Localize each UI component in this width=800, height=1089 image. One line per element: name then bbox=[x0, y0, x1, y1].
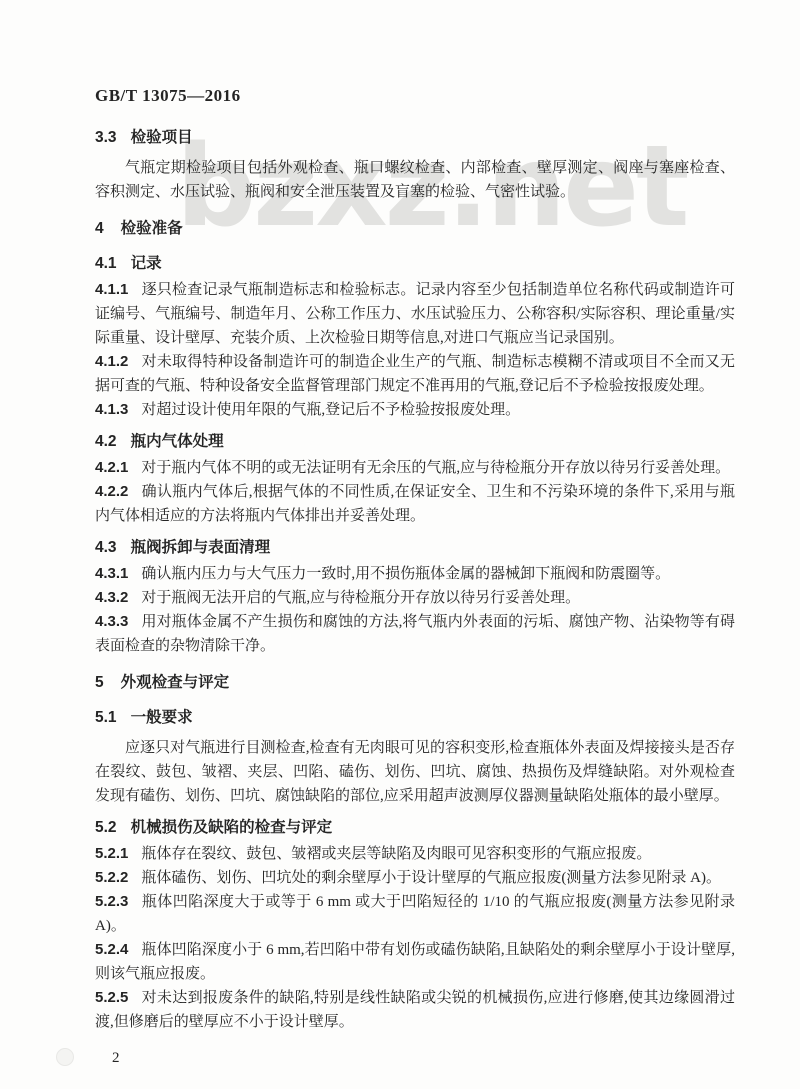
heading-title: 一般要求 bbox=[131, 709, 193, 726]
subsection-heading: 5.2机械损伤及缺陷的检查与评定 bbox=[95, 816, 735, 840]
section-heading: 5外观检查与评定 bbox=[95, 671, 735, 695]
body-text: 瓶体存在裂纹、鼓包、皱褶或夹层等缺陷及肉眼可见容积变形的气瓶应报废。 bbox=[141, 846, 651, 862]
document-content: GB/T 13075—2016 3.3检验项目气瓶定期检验项目包括外观检查、瓶口… bbox=[0, 0, 800, 1034]
section-heading: 4检验准备 bbox=[95, 217, 735, 241]
clause: 4.2.2确认瓶内气体后,根据气体的不同性质,在保证安全、卫生和不污染环境的条件… bbox=[95, 480, 735, 528]
document-body: 3.3检验项目气瓶定期检验项目包括外观检查、瓶口螺纹检查、内部检查、壁厚测定、阀… bbox=[95, 126, 735, 1034]
clause-number: 5.2.1 bbox=[95, 845, 128, 862]
subsection-heading: 4.1记录 bbox=[95, 252, 735, 276]
subsection-heading: 4.2瓶内气体处理 bbox=[95, 430, 735, 454]
body-text: 对于瓶内气体不明的或无法证明有无余压的气瓶,应与待检瓶分开存放以待另行妥善处理。 bbox=[141, 460, 730, 476]
heading-title: 检验准备 bbox=[121, 220, 183, 237]
clause-number: 5.2.2 bbox=[95, 869, 128, 886]
clause-number: 4.3 bbox=[95, 539, 117, 556]
paragraph: 应逐只对气瓶进行目测检查,检查有无肉眼可见的容积变形,检查瓶体外表面及焊接接头是… bbox=[95, 736, 735, 808]
clause: 4.3.2对于瓶阀无法开启的气瓶,应与待检瓶分开存放以待另行妥善处理。 bbox=[95, 586, 735, 610]
clause: 4.1.1逐只检查记录气瓶制造标志和检验标志。记录内容至少包括制造单位名称代码或… bbox=[95, 278, 735, 350]
clause-number: 4.3.2 bbox=[95, 589, 128, 606]
scan-artifact bbox=[56, 1048, 74, 1066]
clause: 4.3.3用对瓶体金属不产生损伤和腐蚀的方法,将气瓶内外表面的污垢、腐蚀产物、沾… bbox=[95, 610, 735, 658]
body-text: 确认瓶内气体后,根据气体的不同性质,在保证安全、卫生和不污染环境的条件下,采用与… bbox=[95, 484, 735, 524]
heading-title: 外观检查与评定 bbox=[121, 674, 230, 691]
heading-title: 记录 bbox=[131, 255, 162, 272]
clause-number: 5.2.5 bbox=[95, 989, 128, 1006]
body-text: 对超过设计使用年限的气瓶,登记后不予检验按报废处理。 bbox=[141, 402, 520, 418]
heading-title: 机械损伤及缺陷的检查与评定 bbox=[131, 819, 333, 836]
clause-number: 5.2 bbox=[95, 819, 117, 836]
heading-title: 检验项目 bbox=[131, 129, 193, 146]
clause-number: 4.2.2 bbox=[95, 483, 128, 500]
clause-number: 4.1.1 bbox=[95, 281, 128, 298]
clause-number: 4.3.1 bbox=[95, 565, 128, 582]
clause-number: 4.3.3 bbox=[95, 613, 128, 630]
clause: 4.1.3对超过设计使用年限的气瓶,登记后不予检验按报废处理。 bbox=[95, 398, 735, 422]
clause-number: 5.2.4 bbox=[95, 941, 128, 958]
clause-number: 4.1.2 bbox=[95, 353, 128, 370]
heading-title: 瓶阀拆卸与表面清理 bbox=[131, 539, 271, 556]
clause-number: 5.2.3 bbox=[95, 893, 128, 910]
clause-number: 4 bbox=[95, 220, 104, 237]
subsection-heading: 5.1一般要求 bbox=[95, 706, 735, 730]
body-text: 瓶体磕伤、划伤、凹坑处的剩余壁厚小于设计壁厚的气瓶应报废(测量方法参见附录 A)… bbox=[141, 870, 721, 886]
clause-number: 4.2.1 bbox=[95, 459, 128, 476]
body-text: 对未取得特种设备制造许可的制造企业生产的气瓶、制造标志模糊不清或项目不全而又无据… bbox=[95, 354, 735, 394]
clause: 4.3.1确认瓶内压力与大气压力一致时,用不损伤瓶体金属的器械卸下瓶阀和防震圈等… bbox=[95, 562, 735, 586]
heading-title: 瓶内气体处理 bbox=[131, 433, 224, 450]
body-text: 对未达到报废条件的缺陷,特别是线性缺陷或尖锐的机械损伤,应进行修磨,使其边缘圆滑… bbox=[95, 990, 735, 1030]
body-text: 应逐只对气瓶进行目测检查,检查有无肉眼可见的容积变形,检查瓶体外表面及焊接接头是… bbox=[95, 740, 735, 804]
body-text: 确认瓶内压力与大气压力一致时,用不损伤瓶体金属的器械卸下瓶阀和防震圈等。 bbox=[141, 566, 670, 582]
body-text: 用对瓶体金属不产生损伤和腐蚀的方法,将气瓶内外表面的污垢、腐蚀产物、沾染物等有碍… bbox=[95, 614, 735, 654]
clause-number: 4.1.3 bbox=[95, 401, 128, 418]
clause-number: 3.3 bbox=[95, 129, 117, 146]
subsection-heading: 4.3瓶阀拆卸与表面清理 bbox=[95, 536, 735, 560]
body-text: 对于瓶阀无法开启的气瓶,应与待检瓶分开存放以待另行妥善处理。 bbox=[141, 590, 580, 606]
scanned-document-page: bzxz.net GB/T 13075—2016 3.3检验项目气瓶定期检验项目… bbox=[0, 0, 800, 1089]
subsection-heading: 3.3检验项目 bbox=[95, 126, 735, 150]
body-text: 逐只检查记录气瓶制造标志和检验标志。记录内容至少包括制造单位名称代码或制造许可证… bbox=[95, 282, 735, 346]
clause: 5.2.4瓶体凹陷深度小于 6 mm,若凹陷中带有划伤或磕伤缺陷,且缺陷处的剩余… bbox=[95, 938, 735, 986]
clause: 5.2.2瓶体磕伤、划伤、凹坑处的剩余壁厚小于设计壁厚的气瓶应报废(测量方法参见… bbox=[95, 866, 735, 890]
clause-number: 5 bbox=[95, 674, 104, 691]
clause: 4.2.1对于瓶内气体不明的或无法证明有无余压的气瓶,应与待检瓶分开存放以待另行… bbox=[95, 456, 735, 480]
clause-number: 5.1 bbox=[95, 709, 117, 726]
page-number: 2 bbox=[112, 1048, 800, 1068]
body-text: 气瓶定期检验项目包括外观检查、瓶口螺纹检查、内部检查、壁厚测定、阀座与塞座检查、… bbox=[95, 160, 735, 200]
paragraph: 气瓶定期检验项目包括外观检查、瓶口螺纹检查、内部检查、壁厚测定、阀座与塞座检查、… bbox=[95, 156, 735, 204]
clause-number: 4.2 bbox=[95, 433, 117, 450]
clause: 4.1.2对未取得特种设备制造许可的制造企业生产的气瓶、制造标志模糊不清或项目不… bbox=[95, 350, 735, 398]
body-text: 瓶体凹陷深度小于 6 mm,若凹陷中带有划伤或磕伤缺陷,且缺陷处的剩余壁厚小于设… bbox=[95, 942, 735, 982]
clause: 5.2.1瓶体存在裂纹、鼓包、皱褶或夹层等缺陷及肉眼可见容积变形的气瓶应报废。 bbox=[95, 842, 735, 866]
clause-number: 4.1 bbox=[95, 255, 117, 272]
standard-number-header: GB/T 13075—2016 bbox=[95, 84, 735, 108]
clause: 5.2.5对未达到报废条件的缺陷,特别是线性缺陷或尖锐的机械损伤,应进行修磨,使… bbox=[95, 986, 735, 1034]
clause: 5.2.3瓶体凹陷深度大于或等于 6 mm 或大于凹陷短径的 1/10 的气瓶应… bbox=[95, 890, 735, 938]
body-text: 瓶体凹陷深度大于或等于 6 mm 或大于凹陷短径的 1/10 的气瓶应报废(测量… bbox=[95, 894, 735, 934]
